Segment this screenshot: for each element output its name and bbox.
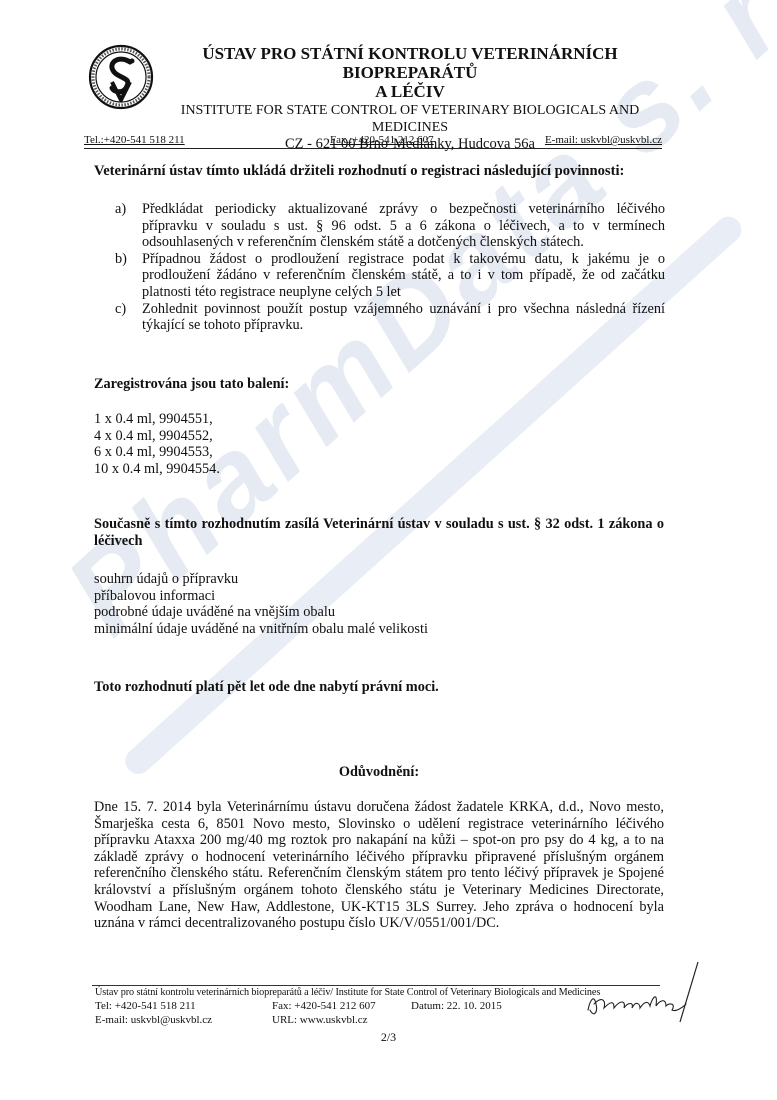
enclosures-heading: Současně s tímto rozhodnutím zasílá Vete…	[94, 516, 664, 549]
list-marker: a)	[115, 201, 126, 218]
validity-statement: Toto rozhodnutí platí pět let ode dne na…	[94, 679, 664, 696]
contact-tel: Tel.:+420-541 518 211	[84, 134, 185, 146]
signature-icon	[580, 960, 710, 1030]
package-item: 1 x 0.4 ml, 9904551,	[94, 411, 664, 428]
footer-date: Datum: 22. 10. 2015	[411, 1000, 502, 1012]
list-marker: c)	[115, 301, 126, 318]
list-marker: b)	[115, 251, 127, 268]
enclosure-item: příbalovou informaci	[94, 588, 664, 605]
footer-url[interactable]: URL: www.uskvbl.cz	[272, 1014, 368, 1026]
contact-row: Tel.:+420-541 518 211 Fax.:+420-541 212 …	[84, 134, 662, 149]
footer-tel: Tel: +420-541 518 211	[95, 1000, 196, 1012]
list-item: a) Předkládat periodicky aktualizované z…	[115, 201, 665, 251]
list-item: b) Případnou žádost o prodloužení regist…	[115, 251, 665, 301]
institute-logo-icon	[88, 44, 154, 110]
enclosure-item: souhrn údajů o přípravku	[94, 571, 664, 588]
package-item: 4 x 0.4 ml, 9904552,	[94, 428, 664, 445]
justification-heading: Odůvodnění:	[84, 764, 674, 781]
footer-institute: Ústav pro státní kontrolu veterinárních …	[95, 987, 600, 998]
list-item: c) Zohlednit povinnost použít postup vzá…	[115, 301, 665, 334]
enclosure-item: podrobné údaje uváděné na vnějším obalu	[94, 604, 664, 621]
package-item: 10 x 0.4 ml, 9904554.	[94, 461, 664, 478]
footer-fax: Fax: +420-541 212 607	[272, 1000, 376, 1012]
institute-name-cz: ÚSTAV PRO STÁTNÍ KONTROLU VETERINÁRNÍCH …	[150, 44, 670, 82]
packages-list: 1 x 0.4 ml, 9904551, 4 x 0.4 ml, 9904552…	[94, 411, 664, 477]
enclosures-list: souhrn údajů o přípravku příbalovou info…	[94, 571, 664, 637]
institute-name-cz-line2: A LÉČIV	[150, 82, 670, 101]
contact-fax: Fax.:+420-541 212 607	[330, 134, 434, 146]
footer-divider	[92, 985, 660, 986]
institute-name-en: INSTITUTE FOR STATE CONTROL OF VETERINAR…	[150, 102, 670, 136]
justification-text: Dne 15. 7. 2014 byla Veterinárnímu ústav…	[94, 799, 664, 932]
footer-email[interactable]: E-mail: uskvbl@uskvbl.cz	[95, 1014, 212, 1026]
enclosure-item: minimální údaje uváděné na vnitřním obal…	[94, 621, 664, 638]
package-item: 6 x 0.4 ml, 9904553,	[94, 444, 664, 461]
list-item-text: Předkládat periodicky aktualizované zprá…	[142, 201, 665, 250]
document-page: ÚSTAV PRO STÁTNÍ KONTROLU VETERINÁRNÍCH …	[0, 0, 777, 1100]
contact-email[interactable]: E-mail: uskvbl@uskvbl.cz	[545, 134, 662, 146]
page-number: 2/3	[0, 1030, 777, 1045]
obligations-list: a) Předkládat periodicky aktualizované z…	[115, 201, 665, 334]
list-item-text: Zohlednit povinnost použít postup vzájem…	[142, 301, 665, 334]
packages-heading: Zaregistrována jsou tato balení:	[94, 376, 664, 393]
obligations-heading: Veterinární ústav tímto ukládá držiteli …	[94, 163, 664, 180]
list-item-text: Případnou žádost o prodloužení registrac…	[142, 251, 665, 300]
